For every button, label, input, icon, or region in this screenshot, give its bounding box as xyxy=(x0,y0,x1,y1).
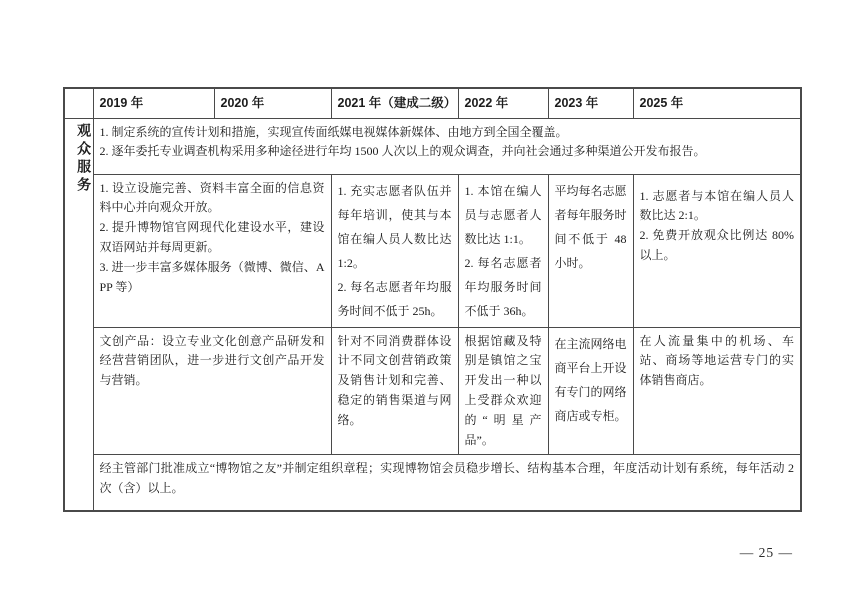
table-header-row: 2019 年 2020 年 2021 年（建成二级） 2022 年 2023 年… xyxy=(64,88,801,118)
col-header-2025: 2025 年 xyxy=(633,88,801,118)
cell-cultural-2022: 根据馆藏及特别是镇馆之宝开发出一种以上受群众欢迎的“明星产品”。 xyxy=(458,327,548,455)
col-header-2020: 2020 年 xyxy=(214,88,331,118)
cell-publicity-all-years: 1. 制定系统的宣传计划和措施，实现宣传面纸媒电视媒体新媒体、由地方到全国全覆盖… xyxy=(93,118,801,174)
document-page: 2019 年 2020 年 2021 年（建成二级） 2022 年 2023 年… xyxy=(0,0,863,606)
cell-cultural-2023: 在主流网络电商平台上开设有专门的网络商店或专柜。 xyxy=(548,327,633,455)
cell-service-2022: 1. 本馆在编人员与志愿者人数比达 1:1。 2. 每名志愿者年均服务时间不低于… xyxy=(458,174,548,327)
cell-friends-all-years: 经主管部门批准成立“博物馆之友”并制定组织章程；实现博物馆会员稳步增长、结构基本… xyxy=(93,455,801,511)
page-number: — 25 — xyxy=(740,545,793,561)
row-cultural-products: 文创产品：设立专业文化创意产品研发和经营营销团队，进一步进行文创产品开发与营销。… xyxy=(64,327,801,455)
cell-cultural-2019-2020: 文创产品：设立专业文化创意产品研发和经营营销团队，进一步进行文创产品开发与营销。 xyxy=(93,327,331,455)
corner-cell xyxy=(64,88,93,118)
cell-service-2023: 平均每名志愿者每年服务时间不低于 48 小时。 xyxy=(548,174,633,327)
cell-service-2025: 1. 志愿者与本馆在编人员人数比达 2:1。 2. 免费开放观众比例达 80% … xyxy=(633,174,801,327)
side-label-audience-service: 观众服务 xyxy=(64,118,93,511)
row-service: 1. 设立设施完善、资料丰富全面的信息资料中心并向观众开放。 2. 提升博物馆官… xyxy=(64,174,801,327)
col-header-2023: 2023 年 xyxy=(548,88,633,118)
cell-service-2021: 1. 充实志愿者队伍并每年培训，使其与本馆在编人员人数比达 1:2。 2. 每名… xyxy=(331,174,458,327)
row-museum-friends: 经主管部门批准成立“博物馆之友”并制定组织章程；实现博物馆会员稳步增长、结构基本… xyxy=(64,455,801,511)
col-header-2019: 2019 年 xyxy=(93,88,214,118)
cell-service-2019-2020: 1. 设立设施完善、资料丰富全面的信息资料中心并向观众开放。 2. 提升博物馆官… xyxy=(93,174,331,327)
row-publicity: 观众服务 1. 制定系统的宣传计划和措施，实现宣传面纸媒电视媒体新媒体、由地方到… xyxy=(64,118,801,174)
cell-cultural-2021: 针对不同消费群体设计不同文创营销政策及销售计划和完善、稳定的销售渠道与网络。 xyxy=(331,327,458,455)
col-header-2021: 2021 年（建成二级） xyxy=(331,88,458,118)
col-header-2022: 2022 年 xyxy=(458,88,548,118)
cell-cultural-2025: 在人流量集中的机场、车站、商场等地运营专门的实体销售商店。 xyxy=(633,327,801,455)
museum-plan-table: 2019 年 2020 年 2021 年（建成二级） 2022 年 2023 年… xyxy=(63,87,802,512)
